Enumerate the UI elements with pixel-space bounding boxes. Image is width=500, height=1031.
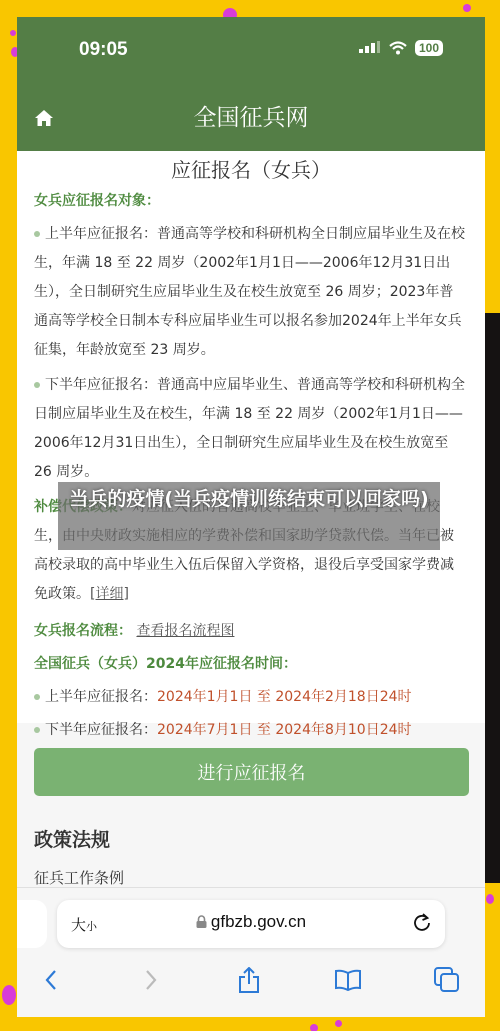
battery-icon: 100 xyxy=(415,40,443,56)
bullet xyxy=(34,382,40,388)
decor-dot xyxy=(10,30,16,36)
target-section: 女兵应征报名对象： 上半年应征报名：普通高等学校和科研机构全日制应届毕业生及在校… xyxy=(34,187,466,745)
first-half-eligibility: 上半年应征报名：普通高等学校和科研机构全日制应届毕业生及在校生，年满 18 至 … xyxy=(34,220,466,365)
schedule-second-half: 下半年应征报名：2024年7月1日 至 2024年8月10日24时 xyxy=(34,716,466,745)
decor-dot xyxy=(310,1024,318,1031)
schedule-label: 上半年应征报名： xyxy=(45,689,157,705)
schedule-label: 下半年应征报名： xyxy=(45,722,157,738)
clock: 09:05 xyxy=(79,39,128,61)
browser-bottom-bar: 大小 gfbzb.gov.cn xyxy=(17,887,485,1017)
second-half-eligibility: 下半年应征报名：普通高中应届毕业生、普通高等学校和科研机构全日制应届毕业生及在校… xyxy=(34,371,466,487)
site-header: 全国征兵网 xyxy=(17,87,485,151)
decor-dot xyxy=(463,4,471,12)
policy-item-conscription-regulations[interactable]: 征兵工作条例 xyxy=(34,867,124,888)
details-link[interactable]: [详细] xyxy=(90,586,129,602)
status-bar: 09:05 100 xyxy=(17,17,485,87)
status-icons: 100 xyxy=(359,40,443,56)
process-label: 女兵报名流程： xyxy=(34,623,132,639)
apply-button[interactable]: 进行应征报名 xyxy=(34,748,469,796)
bookmarks-button[interactable] xyxy=(328,960,368,1000)
main-content: 应征报名（女兵） 女兵应征报名对象： 上半年应征报名：普通高等学校和科研机构全日… xyxy=(17,151,485,723)
bullet xyxy=(34,694,40,700)
site-title: 全国征兵网 xyxy=(17,99,485,132)
schedule-first-half: 上半年应征报名：2024年1月1日 至 2024年2月18日24时 xyxy=(34,683,466,712)
chevron-left-icon xyxy=(44,969,58,991)
target-heading: 女兵应征报名对象： xyxy=(34,187,466,216)
chevron-right-icon xyxy=(144,969,158,991)
previous-tab-preview[interactable] xyxy=(17,900,47,948)
book-icon xyxy=(334,969,362,991)
overlay-caption: 当兵的疫情(当兵疫情训练结束可以回家吗) xyxy=(58,482,440,550)
schedule-dates: 2024年1月1日 至 2024年2月18日24时 xyxy=(157,689,412,705)
bullet xyxy=(34,231,40,237)
share-button[interactable] xyxy=(229,960,269,1000)
second-half-label: 下半年应征报名： xyxy=(45,377,157,393)
reload-icon[interactable] xyxy=(413,912,431,932)
bullet xyxy=(34,727,40,733)
wifi-icon xyxy=(389,41,407,55)
back-button[interactable] xyxy=(31,960,71,1000)
process-row: 女兵报名流程： 查看报名流程图 xyxy=(34,617,466,646)
schedule-heading: 全国征兵（女兵）2024年应征报名时间： xyxy=(34,650,466,679)
url-text: gfbzb.gov.cn xyxy=(211,912,306,931)
browser-toolbar xyxy=(17,960,485,1000)
tabs-button[interactable] xyxy=(427,960,467,1000)
address-bar[interactable]: 大小 gfbzb.gov.cn xyxy=(57,900,445,948)
lock-icon xyxy=(196,915,207,928)
first-half-text: 普通高等学校和科研机构全日制应届毕业生及在校生，年满 18 至 22 周岁（20… xyxy=(34,226,465,358)
share-icon xyxy=(238,967,260,993)
decor-dot xyxy=(486,894,494,904)
tabs-icon xyxy=(434,967,460,993)
signal-icon xyxy=(359,41,381,55)
process-chart-link[interactable]: 查看报名流程图 xyxy=(136,623,234,639)
decor-dot xyxy=(335,1020,342,1027)
decor-dot xyxy=(2,985,16,1005)
first-half-label: 上半年应征报名： xyxy=(45,226,157,242)
url-display[interactable]: gfbzb.gov.cn xyxy=(57,912,445,932)
background-photo-edge xyxy=(485,313,500,883)
schedule-dates: 2024年7月1日 至 2024年8月10日24时 xyxy=(157,722,412,738)
forward-button[interactable] xyxy=(131,960,171,1000)
policy-title: 政策法规 xyxy=(34,825,110,852)
